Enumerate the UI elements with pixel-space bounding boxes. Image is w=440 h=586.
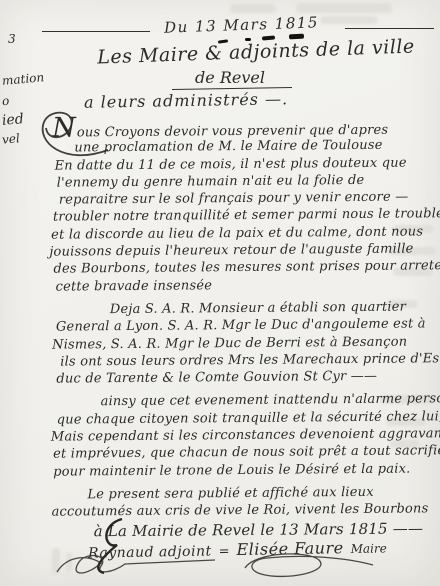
margin-note: o <box>1 94 9 109</box>
document-title-line1: Les Maire & adjoints de la ville <box>78 35 435 69</box>
signature-adjoint: Raynaud adjoint <box>88 543 212 561</box>
page-number: 3 <box>8 32 16 46</box>
signature-separator: = <box>219 544 230 559</box>
salutation-line: a leurs administrés —. <box>84 89 288 112</box>
body-text: Nous Croyons devoir vous prevenir que d'… <box>46 120 436 545</box>
bleedthrough-mark <box>66 552 72 572</box>
paragraph-3: ainsy que cet evenement inattendu n'alar… <box>49 392 436 482</box>
margin-note: mation <box>1 70 44 88</box>
manuscript-line: duc de Tarente & le Comte Gouvion St Cyr… <box>48 368 434 389</box>
horizontal-rule <box>345 28 434 29</box>
header-date-row: Du 13 Mars 1815 <box>42 14 434 34</box>
signature-maire: Elisée Faure <box>236 538 343 559</box>
paragraph-4: Le present sera publié et affiché aux li… <box>49 484 435 539</box>
paragraph-2: Deja S. A. R. Monsieur a établi son quar… <box>48 299 435 389</box>
paragraph-1: Nous Croyons devoir vous prevenir que d'… <box>46 120 433 296</box>
document-title-line2: de Revel <box>150 68 310 87</box>
bleedthrough-mark <box>52 548 60 574</box>
manuscript-line: à La Mairie de Revel le 13 Mars 1815 —— <box>50 519 436 540</box>
bleedthrough-mark <box>296 3 392 13</box>
signature-title: Maire <box>351 541 387 556</box>
manuscript-line: pour maintenir le trone de Louis le Dési… <box>49 461 435 482</box>
margin-note: vel <box>1 131 20 146</box>
horizontal-rule <box>42 31 150 32</box>
margin-note: ied <box>1 111 24 129</box>
manuscript-line: cette bravade insensée <box>48 276 434 297</box>
signature-row: Raynaud adjoint = Elisée Faure Maire <box>88 537 387 561</box>
manuscript-page: 3 mation o ied vel Du 13 Mars 1815 Les M… <box>0 0 440 586</box>
bleedthrough-mark <box>230 4 276 13</box>
